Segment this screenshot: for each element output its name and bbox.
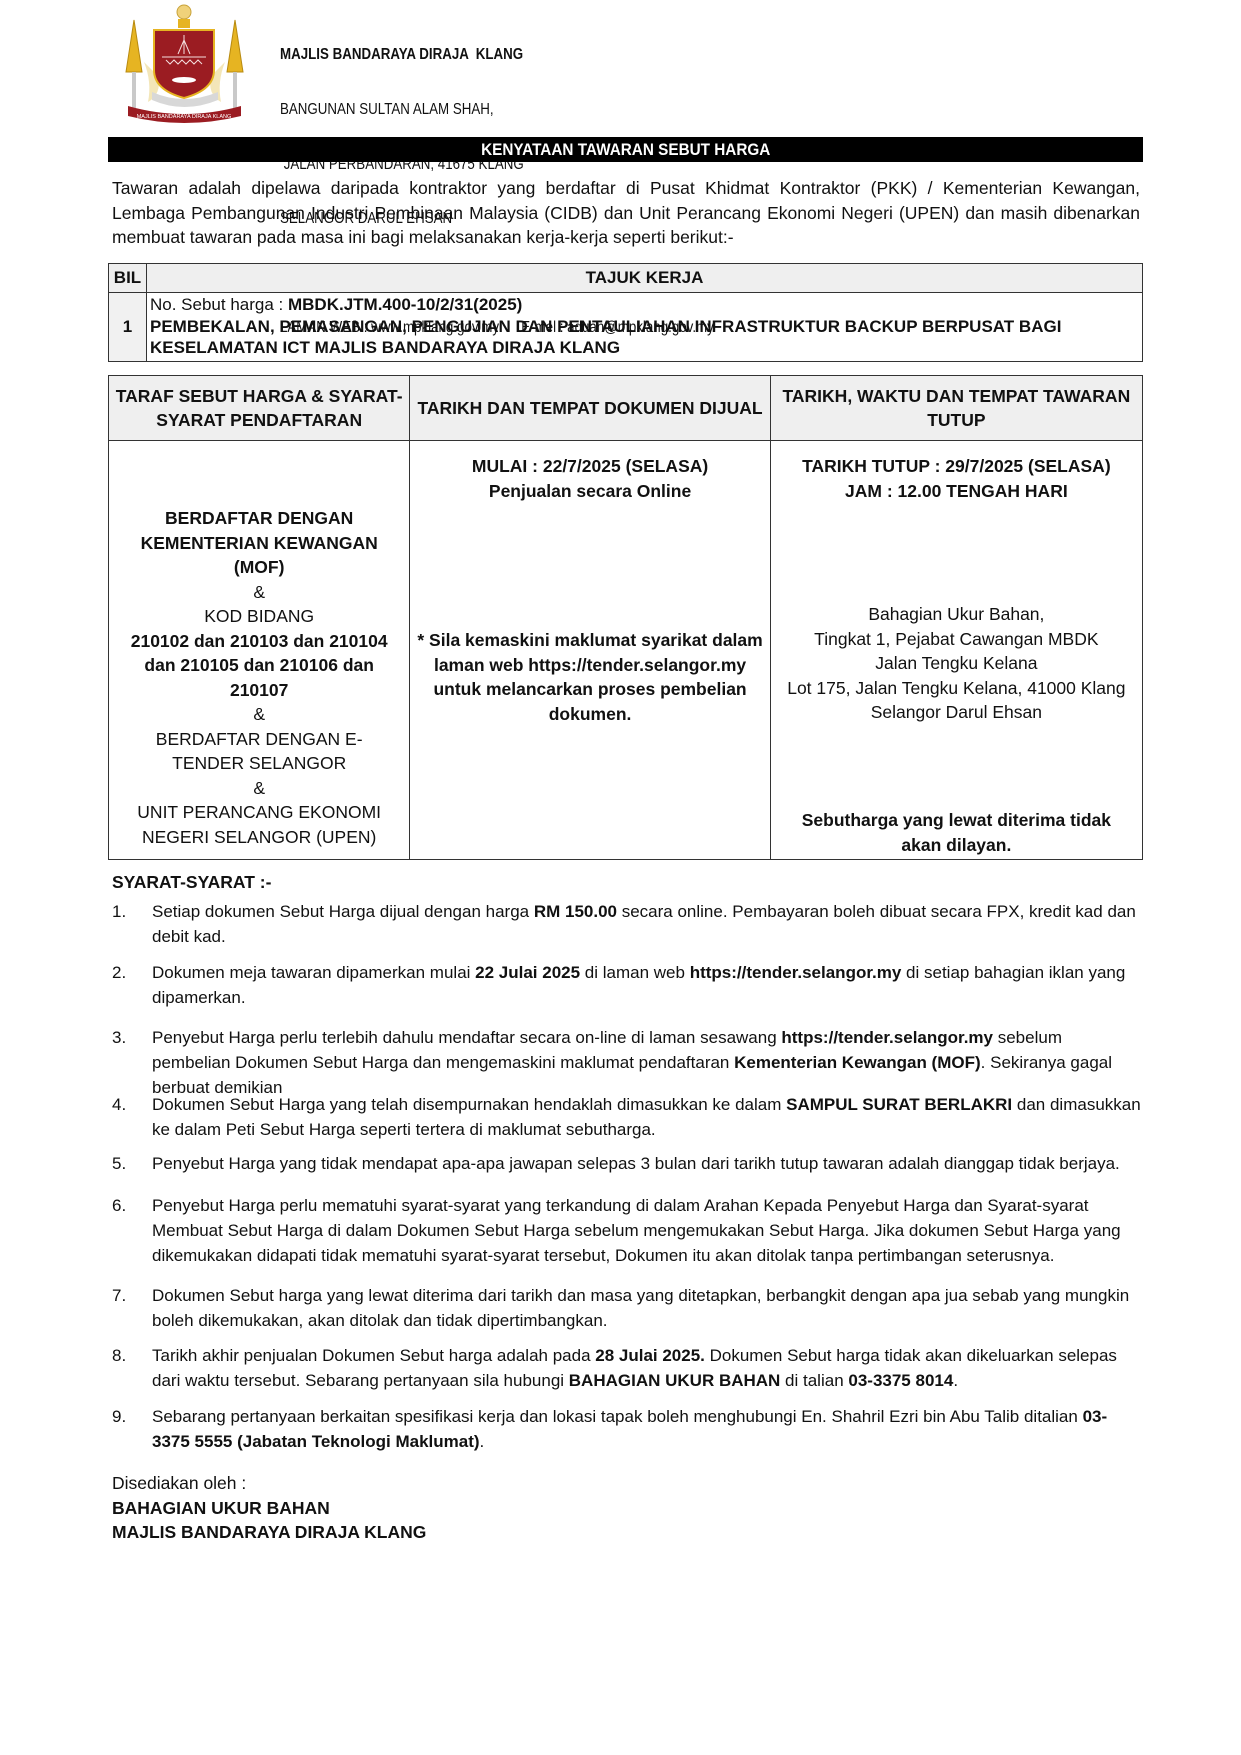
condition-text: Penyebut Harga perlu terlebih dahulu men…	[152, 1025, 1142, 1100]
tender-notice-page: MAJLIS BANDARAYA DIRAJA KLANG MAJLIS BAN…	[0, 0, 1241, 1755]
prepared-by-dept: BAHAGIAN UKUR BAHAN	[112, 1496, 426, 1521]
condition-text: Penyebut Harga yang tidak mendapat apa-a…	[152, 1151, 1142, 1176]
job-cell: No. Sebut harga : MBDK.JTM.400-10/2/31(2…	[147, 293, 1143, 362]
header-bil: BIL	[109, 264, 147, 293]
upen-requirement: UNIT PERANCANG EKONOMI NEGERI SELANGOR (…	[111, 800, 407, 849]
condition-text: Penyebut Harga perlu mematuhi syarat-sya…	[152, 1193, 1142, 1268]
detail-table: TARAF SEBUT HARGA & SYARAT-SYARAT PENDAF…	[108, 375, 1143, 860]
conditions-heading: SYARAT-SYARAT :-	[112, 872, 271, 893]
condition-number: 5.	[112, 1151, 126, 1176]
condition-text: Tarikh akhir penjualan Dokumen Sebut har…	[152, 1343, 1142, 1393]
condition-item: 6.Penyebut Harga perlu mematuhi syarat-s…	[112, 1193, 1142, 1268]
condition-item: 3.Penyebut Harga perlu terlebih dahulu m…	[112, 1025, 1142, 1100]
organisation-name: MAJLIS BANDARAYA DIRAJA KLANG	[280, 46, 738, 64]
work-table-header: BIL TAJUK KERJA	[109, 264, 1143, 293]
quotation-ref: No. Sebut harga : MBDK.JTM.400-10/2/31(2…	[150, 294, 1139, 316]
place-line: Lot 175, Jalan Tengku Kelana, 41000 Klan…	[772, 676, 1141, 701]
place-line: Selangor Darul Ehsan	[772, 700, 1141, 725]
closing-time: JAM : 12.00 TENGAH HARI	[772, 479, 1141, 504]
sale-cell: MULAI : 22/7/2025 (SELASA) Penjualan sec…	[410, 441, 770, 860]
crest-banner-text: MAJLIS BANDARAYA DIRAJA KLANG	[137, 114, 232, 120]
ref-number: MBDK.JTM.400-10/2/31(2025)	[288, 295, 522, 314]
condition-number: 1.	[112, 899, 126, 924]
prepared-by: Disediakan oleh : BAHAGIAN UKUR BAHAN MA…	[112, 1471, 426, 1545]
condition-item: 2.Dokumen meja tawaran dipamerkan mulai …	[112, 960, 1142, 1010]
notice-title: KENYATAAN TAWARAN SEBUT HARGA	[481, 137, 770, 162]
condition-item: 9.Sebarang pertanyaan berkaitan spesifik…	[112, 1404, 1142, 1454]
job-title: PEMBEKALAN, PEMASANGAN, PENGUJIAN DAN PE…	[150, 316, 1139, 359]
condition-number: 2.	[112, 960, 126, 985]
intro-paragraph: Tawaran adalah dipelawa daripada kontrak…	[112, 176, 1140, 250]
detail-row: BERDAFTAR DENGAN KEMENTERIAN KEWANGAN (M…	[109, 441, 1143, 860]
place-line: Jalan Tengku Kelana	[772, 651, 1141, 676]
ampersand: &	[116, 580, 402, 605]
condition-number: 4.	[112, 1092, 126, 1117]
kod-bidang-values: 210102 dan 210103 dan 210104 dan 210105 …	[116, 629, 402, 703]
prepared-by-label: Disediakan oleh :	[112, 1471, 426, 1496]
header-sale: TARIKH DAN TEMPAT DOKUMEN DIJUAL	[410, 376, 770, 441]
condition-number: 9.	[112, 1404, 126, 1429]
header-registration: TARAF SEBUT HARGA & SYARAT-SYARAT PENDAF…	[109, 376, 410, 441]
registration-cell: BERDAFTAR DENGAN KEMENTERIAN KEWANGAN (M…	[109, 441, 410, 860]
place-line: Bahagian Ukur Bahan,	[772, 602, 1141, 627]
condition-number: 7.	[112, 1283, 126, 1308]
closing-date: TARIKH TUTUP : 29/7/2025 (SELASA)	[772, 454, 1141, 479]
closing-cell: TARIKH TUTUP : 29/7/2025 (SELASA) JAM : …	[770, 441, 1142, 860]
header-closing: TARIKH, WAKTU DAN TEMPAT TAWARAN TUTUP	[770, 376, 1142, 441]
place-line: Tingkat 1, Pejabat Cawangan MBDK	[772, 627, 1141, 652]
prepared-by-org: MAJLIS BANDARAYA DIRAJA KLANG	[112, 1520, 426, 1545]
late-note: Sebutharga yang lewat diterima tidak aka…	[786, 808, 1127, 857]
condition-text: Dokumen meja tawaran dipamerkan mulai 22…	[152, 960, 1142, 1010]
condition-text: Sebarang pertanyaan berkaitan spesifikas…	[152, 1404, 1142, 1454]
sale-note: * Sila kemaskini maklumat syarikat dalam…	[417, 628, 762, 726]
kod-bidang-label: KOD BIDANG	[116, 604, 402, 629]
condition-text: Dokumen Sebut Harga yang telah disempurn…	[152, 1092, 1142, 1142]
condition-item: 8.Tarikh akhir penjualan Dokumen Sebut h…	[112, 1343, 1142, 1393]
notice-title-bar: KENYATAAN TAWARAN SEBUT HARGA	[108, 137, 1143, 162]
condition-number: 3.	[112, 1025, 126, 1050]
sale-mode: Penjualan secara Online	[411, 479, 768, 504]
condition-number: 6.	[112, 1193, 126, 1218]
sale-start-date: MULAI : 22/7/2025 (SELASA)	[411, 454, 768, 479]
ampersand: &	[116, 776, 402, 801]
condition-text: Setiap dokumen Sebut Harga dijual dengan…	[152, 899, 1142, 949]
condition-item: 7.Dokumen Sebut harga yang lewat diterim…	[112, 1283, 1142, 1333]
condition-item: 5.Penyebut Harga yang tidak mendapat apa…	[112, 1151, 1142, 1176]
closing-place: Bahagian Ukur Bahan, Tingkat 1, Pejabat …	[772, 602, 1141, 725]
work-table: BIL TAJUK KERJA 1 No. Sebut harga : MBDK…	[108, 263, 1143, 362]
condition-number: 8.	[112, 1343, 126, 1368]
mof-requirement: BERDAFTAR DENGAN KEMENTERIAN KEWANGAN (M…	[116, 506, 402, 580]
council-crest-logo-icon: MAJLIS BANDARAYA DIRAJA KLANG	[122, 2, 247, 125]
etender-requirement: BERDAFTAR DENGAN E-TENDER SELANGOR	[116, 727, 402, 776]
ref-label: No. Sebut harga :	[150, 295, 288, 314]
address-line: BANGUNAN SULTAN ALAM SHAH,	[280, 101, 738, 119]
ampersand: &	[116, 702, 402, 727]
condition-text: Dokumen Sebut harga yang lewat diterima …	[152, 1283, 1142, 1333]
condition-item: 1.Setiap dokumen Sebut Harga dijual deng…	[112, 899, 1142, 949]
table-row: 1 No. Sebut harga : MBDK.JTM.400-10/2/31…	[109, 293, 1143, 362]
row-bil: 1	[109, 293, 147, 362]
detail-table-header: TARAF SEBUT HARGA & SYARAT-SYARAT PENDAF…	[109, 376, 1143, 441]
header-tajuk-kerja: TAJUK KERJA	[147, 264, 1143, 293]
condition-item: 4.Dokumen Sebut Harga yang telah disempu…	[112, 1092, 1142, 1142]
